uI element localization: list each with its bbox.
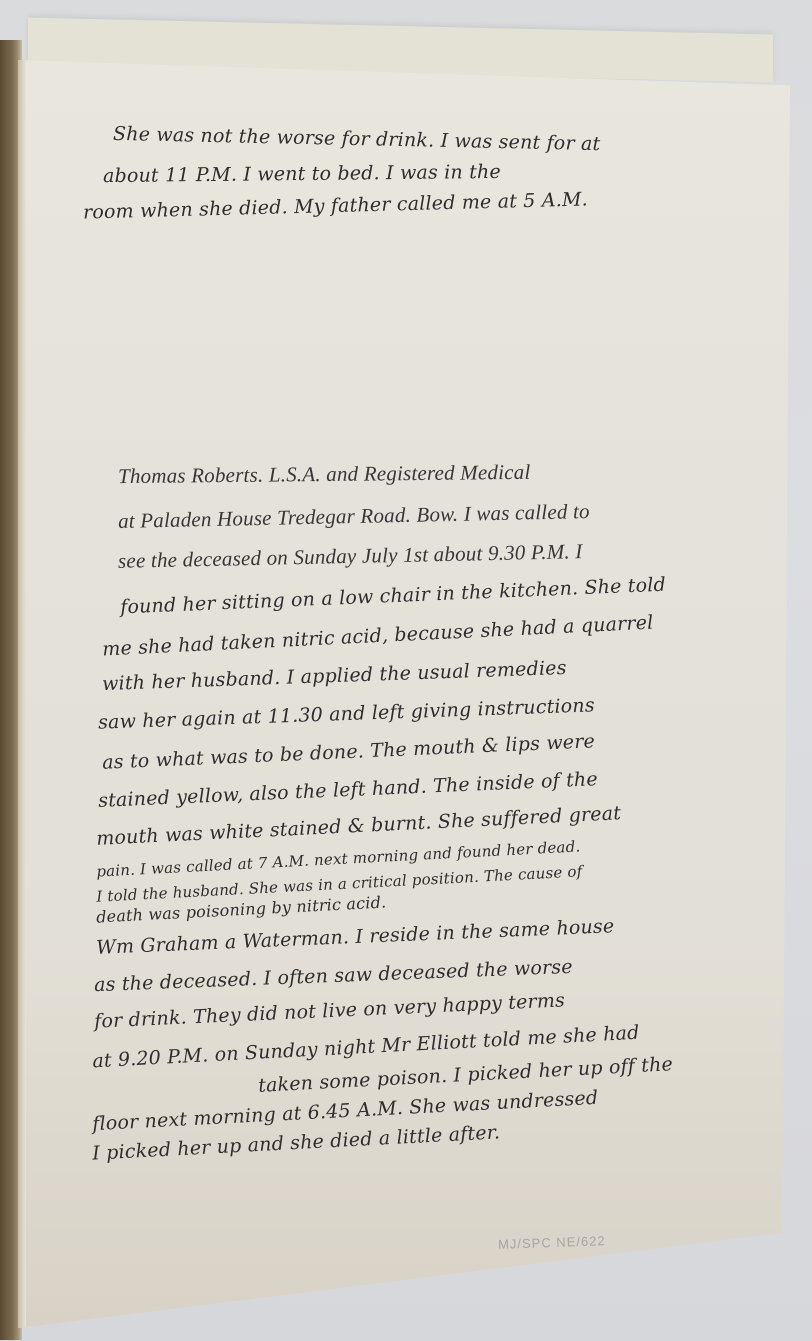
text-line: as the deceased. I often saw deceased th… [94, 956, 573, 996]
text-line: floor next morning at 6.45 A.M. She was … [92, 1087, 599, 1135]
text-line: for drink. They did not live on very hap… [94, 989, 566, 1032]
text-line: as to what was to be done. The mouth & l… [102, 730, 596, 773]
text-line: room when she died. My father called me … [83, 188, 588, 223]
text-line: stained yellow, also the left hand. The … [98, 768, 598, 812]
photo-scene: She was not the worse for drink. I was s… [0, 0, 812, 1341]
text-line: Thomas Roberts. L.S.A. and Registered Me… [118, 460, 531, 489]
text-line: see the deceased on Sunday July 1st abou… [118, 539, 583, 574]
text-line: saw her again at 11.30 and left giving i… [98, 694, 595, 733]
manuscript-page: She was not the worse for drink. I was s… [18, 60, 790, 1328]
text-line: about 11 P.M. I went to bed. I was in th… [103, 161, 501, 187]
text-line: found her sitting on a low chair in the … [120, 574, 667, 619]
text-line: with her husband. I applied the usual re… [102, 657, 567, 695]
archive-reference: MJ/SPC NE/622 [498, 1233, 606, 1252]
text-line: at Paladen House Tredegar Road. Bow. I w… [118, 499, 590, 534]
text-line: She was not the worse for drink. I was s… [113, 123, 601, 155]
text-line: me she had taken nitric acid, because sh… [102, 612, 654, 661]
